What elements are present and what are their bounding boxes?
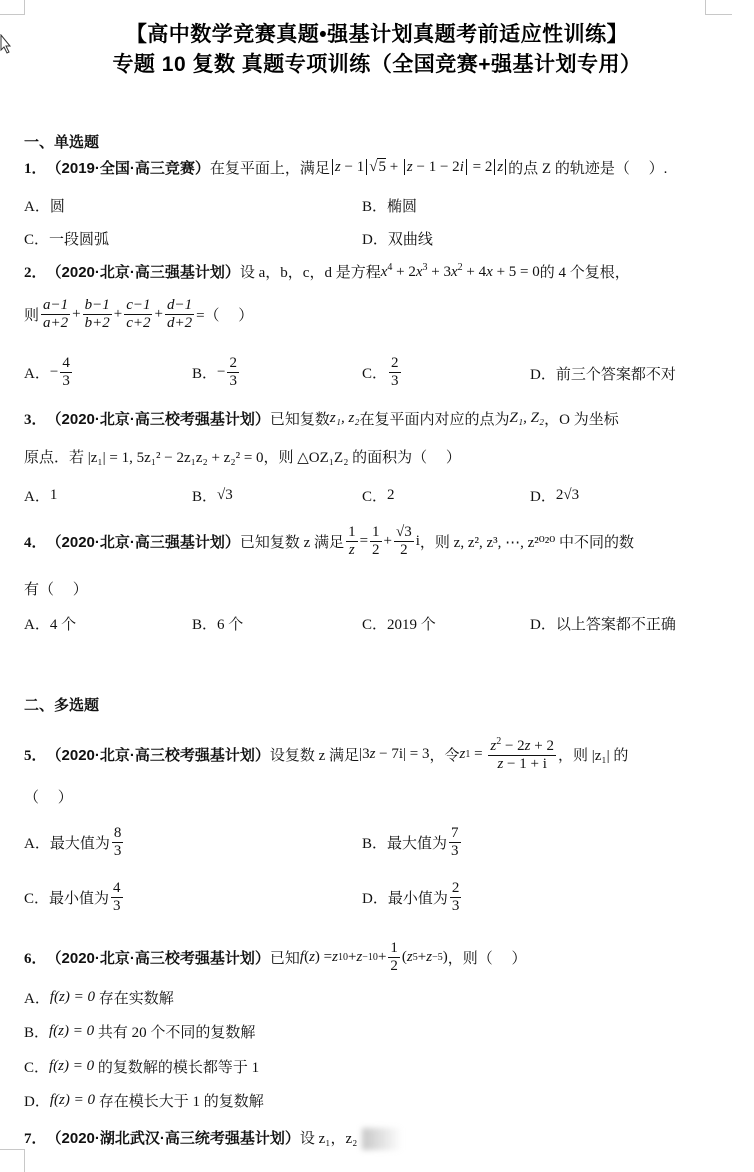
question-source: （2020·北京·高三校考强基计划）: [47, 744, 270, 765]
option-text: 椭圆: [387, 195, 417, 216]
question-number: 7．: [24, 1127, 47, 1148]
option-label: D．: [530, 613, 556, 634]
question-source: （2019·全国·高三竞赛）: [47, 157, 210, 178]
fraction-numerator: 2: [450, 880, 462, 898]
question-number: 2．: [24, 261, 47, 282]
question-2-expression: 则 a−1a+2+ b−1b+2+ c−1c+2+ d−1d+2 =（ ）: [24, 297, 253, 333]
option-d[interactable]: D．双曲线: [362, 228, 433, 249]
option-label: C．: [24, 1056, 49, 1077]
option-d[interactable]: D．前三个答案都不对: [530, 363, 676, 384]
question-number: 3．: [24, 408, 47, 429]
option-label: B．: [362, 195, 387, 216]
fraction-denominator: 3: [449, 843, 461, 860]
option-b[interactable]: B．−23: [192, 355, 241, 391]
option-c[interactable]: C．2019 个: [362, 613, 436, 634]
option-c[interactable]: C．一段圆弧: [24, 228, 109, 249]
question-3-line-2: 原点．若 |z₁| = 1, 5z₁² − 2z₁z₂ + z₂² = 0，则 …: [24, 446, 461, 467]
fraction-denominator: 3: [389, 373, 401, 390]
option-text: 最小值为: [49, 887, 109, 908]
option-label: D．: [530, 363, 556, 384]
option-a[interactable]: A．−43: [24, 355, 74, 391]
math-expression: 1z = 12 + √32i: [344, 524, 420, 560]
math-expression: z₁, z₂: [330, 410, 360, 427]
question-source: （2020·北京·高三校考强基计划）: [47, 408, 270, 429]
fraction-numerator: 4: [60, 355, 72, 373]
question-text: ，则（ ）: [448, 947, 527, 968]
fraction-numerator: 7: [449, 825, 461, 843]
fraction-denominator: 3: [60, 373, 72, 390]
option-text: 4 个: [50, 613, 76, 634]
question-3-stem: 3． （2020·北京·高三校考强基计划） 已知复数 z₁, z₂ 在复平面内对…: [24, 408, 619, 429]
option-label: B．: [192, 362, 217, 383]
option-text: 6 个: [217, 613, 243, 634]
question-source: （2020·湖北武汉·高三统考强基计划）: [47, 1127, 300, 1148]
option-text: 2: [387, 487, 395, 504]
question-text: 的 4 个复根，: [540, 261, 630, 282]
question-text: ，则 z, z², z³, ⋯, z²⁰²⁰ 中不同的数: [420, 531, 634, 552]
option-text: √3: [217, 487, 233, 504]
option-b[interactable]: B．6 个: [192, 613, 243, 634]
fraction-numerator: a−1: [41, 297, 70, 315]
page-corner-mark-bottom-left: [0, 1149, 25, 1172]
option-text: 存在实数解: [99, 987, 174, 1008]
fraction-denominator: 3: [111, 898, 123, 915]
question-source: （2020·北京·高三强基计划）: [47, 261, 240, 282]
section-heading-multiple-choice: 二、多选题: [24, 694, 99, 715]
option-text: 2√3: [556, 487, 579, 504]
math-expression: x4 + 2x3 + 3x2 + 4x + 5 = 0: [381, 262, 540, 281]
question-text: 在复平面内对应的点为: [360, 408, 510, 429]
question-1-stem: 1． （2019·全国·高三竞赛） 在复平面上，满足 z − 1√5 + z −…: [24, 157, 667, 178]
fraction-denominator: 3: [112, 843, 124, 860]
math-expression: z − 1√5 + z − 1 − 2i = 2z: [330, 159, 508, 176]
option-text: 共有 20 个不同的复数解: [98, 1021, 256, 1042]
option-label: B．: [24, 1021, 49, 1042]
question-4-line-2: 有（ ）: [24, 578, 88, 599]
option-d[interactable]: D．最小值为23: [362, 880, 463, 916]
fraction-denominator: b+2: [83, 315, 112, 332]
math-expression: |3z − 7i| = 3: [359, 746, 429, 763]
option-label: A．: [24, 832, 50, 853]
option-b[interactable]: B．椭圆: [362, 195, 417, 216]
option-d[interactable]: D．2√3: [530, 485, 579, 506]
option-d[interactable]: D．f(z) = 0 存在模长大于 1 的复数解: [24, 1090, 264, 1111]
fraction-numerator: 2: [227, 355, 239, 373]
option-a[interactable]: A．4 个: [24, 613, 76, 634]
option-label: D．: [362, 228, 388, 249]
question-text: 则: [24, 304, 39, 325]
option-label: A．: [24, 195, 50, 216]
math-expression: z1 = z2 − 2z + 2z − 1 + i: [460, 736, 558, 774]
question-text: 设复数 z 满足: [270, 744, 359, 765]
option-text: 最大值为: [50, 832, 110, 853]
fraction-numerator: d−1: [165, 297, 194, 315]
page-corner-mark-top-left: [0, 0, 25, 15]
option-a[interactable]: A．f(z) = 0 存在实数解: [24, 987, 174, 1008]
math-expression: f(z) = z10 + z−10 + 12(z5 + z−5): [300, 940, 448, 976]
document-title-line-2: 专题 10 复数 真题专项训练（全国竞赛+强基计划专用）: [0, 48, 754, 78]
option-label: A．: [24, 613, 50, 634]
question-text: =（ ）: [196, 304, 253, 325]
option-a[interactable]: A．1: [24, 485, 57, 506]
option-text: 最大值为: [387, 832, 447, 853]
question-number: 4．: [24, 531, 47, 552]
question-7-stem: 7． （2020·湖北武汉·高三统考强基计划） 设 z₁，z₂: [24, 1127, 357, 1148]
question-number: 5．: [24, 744, 47, 765]
fraction-denominator: 3: [227, 373, 239, 390]
option-sign: −: [50, 364, 58, 381]
fraction-numerator: 8: [112, 825, 124, 843]
math-expression: Z₁, Z₂: [510, 410, 545, 427]
option-b[interactable]: B．f(z) = 0 共有 20 个不同的复数解: [24, 1021, 255, 1042]
option-label: C．: [24, 228, 49, 249]
fraction-denominator: d+2: [165, 315, 194, 332]
question-text: 设 z₁，z₂: [300, 1127, 358, 1148]
option-text: 前三个答案都不对: [556, 363, 676, 384]
option-b[interactable]: B．最大值为73: [362, 825, 463, 861]
option-a[interactable]: A．最大值为83: [24, 825, 125, 861]
option-math: f(z) = 0: [49, 1058, 94, 1075]
option-label: D．: [24, 1090, 50, 1111]
question-text: ，O 为坐标: [544, 408, 619, 429]
option-b[interactable]: B．√3: [192, 485, 233, 506]
question-text: 在复平面上，满足: [210, 157, 330, 178]
question-4-stem: 4． （2020·北京·高三强基计划） 已知复数 z 满足 1z = 12 + …: [24, 524, 634, 560]
option-text: 双曲线: [388, 228, 433, 249]
question-text: ，则 |z₁| 的: [558, 744, 628, 765]
fraction-numerator: c−1: [124, 297, 152, 315]
option-d[interactable]: D．以上答案都不正确: [530, 613, 676, 634]
page-corner-mark-top-right: [705, 0, 732, 15]
option-label: D．: [530, 485, 556, 506]
option-text: 一段圆弧: [49, 228, 109, 249]
option-text: 圆: [50, 195, 65, 216]
option-label: C．: [362, 485, 387, 506]
option-label: B．: [192, 485, 217, 506]
option-math: f(z) = 0: [49, 1023, 94, 1040]
question-5-stem: 5． （2020·北京·高三校考强基计划） 设复数 z 满足 |3z − 7i|…: [24, 736, 628, 774]
question-text: 已知复数 z 满足: [240, 531, 344, 552]
question-number: 1．: [24, 157, 47, 178]
option-label: D．: [362, 887, 388, 908]
option-label: C．: [24, 887, 49, 908]
option-text: 以上答案都不正确: [556, 613, 676, 634]
fraction-numerator: 2: [389, 355, 401, 373]
option-sign: −: [217, 364, 225, 381]
fraction-numerator: 4: [111, 880, 123, 898]
question-2-stem: 2． （2020·北京·高三强基计划） 设 a，b，c，d 是方程 x4 + 2…: [24, 261, 630, 282]
option-label: B．: [362, 832, 387, 853]
question-text: ，令: [430, 744, 460, 765]
option-label: A．: [24, 485, 50, 506]
question-text: 已知: [270, 947, 300, 968]
section-heading-single-choice: 一、单选题: [24, 131, 99, 152]
fraction-numerator: b−1: [83, 297, 112, 315]
option-math: f(z) = 0: [50, 989, 95, 1006]
option-text: 最小值为: [388, 887, 448, 908]
question-number: 6．: [24, 947, 47, 968]
question-5-line-2: （ ）: [24, 786, 73, 807]
question-text: 的点 Z 的轨迹是（ ）.: [508, 157, 667, 178]
option-c[interactable]: C．f(z) = 0 的复数解的模长都等于 1: [24, 1056, 259, 1077]
question-source: （2020·北京·高三强基计划）: [47, 531, 240, 552]
fraction-denominator: a+2: [41, 315, 70, 332]
question-text: 设 a，b，c，d 是方程: [240, 261, 381, 282]
option-label: A．: [24, 987, 50, 1008]
question-text: 已知复数: [270, 408, 330, 429]
option-label: B．: [192, 613, 217, 634]
option-text: 存在模长大于 1 的复数解: [99, 1090, 264, 1111]
document-title-line-1: 【高中数学竞赛真题•强基计划真题考前适应性训练】: [0, 18, 754, 48]
option-c[interactable]: C．23: [362, 355, 403, 391]
question-6-stem: 6． （2020·北京·高三校考强基计划） 已知 f(z) = z10 + z−…: [24, 940, 526, 976]
question-source: （2020·北京·高三校考强基计划）: [47, 947, 270, 968]
option-text: 2019 个: [387, 613, 436, 634]
option-text: 1: [50, 487, 58, 504]
option-label: C．: [362, 362, 387, 383]
cut-off-shadow: [362, 1128, 402, 1150]
option-text: 的复数解的模长都等于 1: [98, 1056, 259, 1077]
fraction-denominator: c+2: [124, 315, 152, 332]
option-c[interactable]: C．2: [362, 485, 395, 506]
option-math: f(z) = 0: [50, 1092, 95, 1109]
option-label: A．: [24, 362, 50, 383]
option-a[interactable]: A．圆: [24, 195, 65, 216]
option-c[interactable]: C．最小值为43: [24, 880, 125, 916]
fraction-denominator: 3: [450, 898, 462, 915]
option-label: C．: [362, 613, 387, 634]
